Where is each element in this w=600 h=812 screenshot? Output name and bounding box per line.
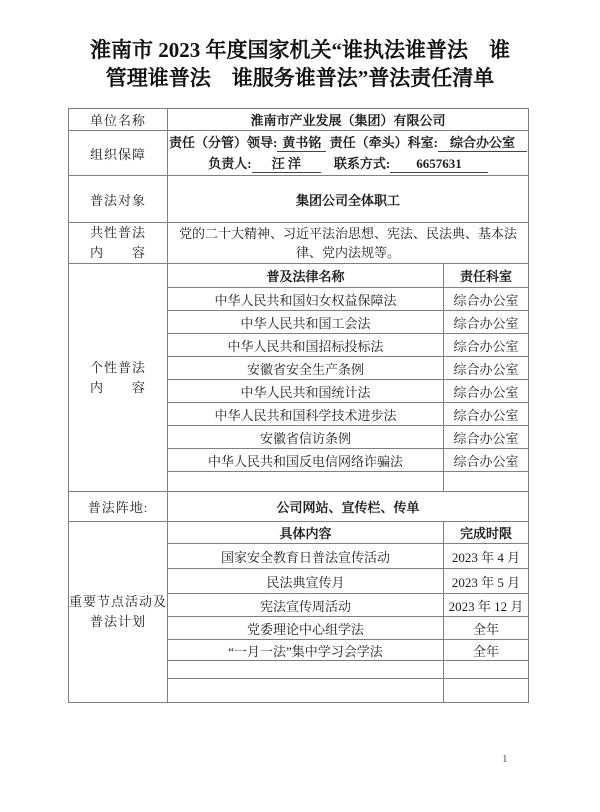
activity-time: 全年 <box>444 617 529 640</box>
title-line-1: 淮南市 2023 年度国家机关“谁执法谁普法 谁 <box>30 36 570 64</box>
personal-content-label: 个性普法 内 容 <box>69 264 168 492</box>
law-dept: 综合办公室 <box>444 334 529 357</box>
org-person-label: 负责人: <box>208 156 251 171</box>
law-name: 中华人民共和国招标投标法 <box>168 334 444 357</box>
activity-time <box>444 679 529 703</box>
activity-time: 全年 <box>444 640 529 661</box>
law-dept: 综合办公室 <box>444 357 529 380</box>
personal-label-line-2: 内 容 <box>69 378 167 398</box>
law-dept-header: 责任科室 <box>444 264 529 288</box>
row-unit-name: 单位名称 淮南市产业发展（集团）有限公司 <box>69 109 529 131</box>
activity-name <box>168 661 444 679</box>
org-contact-label: 联系方式: <box>334 156 390 171</box>
activity-time: 2023 年 5 月 <box>444 569 529 594</box>
title-line-2: 管理谁普法 谁服务谁普法”普法责任清单 <box>30 64 570 92</box>
common-content-value: 党的二十大精神、习近平法治思想、宪法、民法典、基本法律、党内法规等。 <box>168 223 529 264</box>
row-plan-header: 重要节点活动及 普法计划 具体内容 完成时限 <box>69 522 529 544</box>
law-name: 中华人民共和国妇女权益保障法 <box>168 288 444 311</box>
law-name <box>168 472 444 492</box>
org-line-1: 责任（分管）领导:黄书铭 责任（牵头）科室:综合办公室 <box>168 132 528 153</box>
main-table: 单位名称 淮南市产业发展（集团）有限公司 组织保障 责任（分管）领导:黄书铭 责… <box>68 108 529 703</box>
law-dept: 综合办公室 <box>444 449 529 472</box>
common-content-label: 共性普法 内 容 <box>69 223 168 264</box>
law-name: 中华人民共和国工会法 <box>168 311 444 334</box>
org-dept-value: 综合办公室 <box>438 135 527 152</box>
row-personal-header: 个性普法 内 容 普及法律名称 责任科室 <box>69 264 529 288</box>
law-name: 安徽省安全生产条例 <box>168 357 444 380</box>
activity-name: 民法典宣传月 <box>168 569 444 594</box>
activity-name: 宪法宣传周活动 <box>168 594 444 617</box>
law-dept: 综合办公室 <box>444 311 529 334</box>
activity-name-header: 具体内容 <box>168 522 444 544</box>
law-dept: 综合办公室 <box>444 403 529 426</box>
law-dept: 综合办公室 <box>444 426 529 449</box>
personal-label-line-1: 个性普法 <box>69 358 167 378</box>
org-leader-label: 责任（分管）领导: <box>169 135 277 150</box>
target-value: 集团公司全体职工 <box>168 176 529 223</box>
activity-time-header: 完成时限 <box>444 522 529 544</box>
activity-name: “一月一法”集中学习会学法 <box>168 640 444 661</box>
activity-time <box>444 661 529 679</box>
plan-label: 重要节点活动及 普法计划 <box>69 522 168 703</box>
position-label: 普法阵地: <box>69 492 168 522</box>
org-person-value: 汪 洋 <box>252 156 321 173</box>
org-contact-value: 6657631 <box>390 156 488 173</box>
law-name: 安徽省信访条例 <box>168 426 444 449</box>
activity-time: 2023 年 12 月 <box>444 594 529 617</box>
organization-label: 组织保障 <box>69 131 168 176</box>
page-title: 淮南市 2023 年度国家机关“谁执法谁普法 谁 管理谁普法 谁服务谁普法”普法… <box>30 36 570 92</box>
activity-name: 国家安全教育日普法宣传活动 <box>168 544 444 569</box>
unit-name-value: 淮南市产业发展（集团）有限公司 <box>168 109 529 131</box>
page-number: 1 <box>502 753 508 765</box>
law-name: 中华人民共和国统计法 <box>168 380 444 403</box>
row-common-content: 共性普法 内 容 党的二十大精神、习近平法治思想、宪法、民法典、基本法律、党内法… <box>69 223 529 264</box>
law-name-header: 普及法律名称 <box>168 264 444 288</box>
plan-label-line-2: 普法计划 <box>69 612 167 632</box>
unit-name-label: 单位名称 <box>69 109 168 131</box>
row-organization: 组织保障 责任（分管）领导:黄书铭 责任（牵头）科室:综合办公室 负责人:汪 洋… <box>69 131 529 176</box>
activity-name <box>168 679 444 703</box>
target-label: 普法对象 <box>69 176 168 223</box>
org-line-2: 负责人:汪 洋 联系方式:6657631 <box>168 153 528 174</box>
org-leader-value: 黄书铭 <box>277 135 326 152</box>
common-label-line-1: 共性普法 <box>69 223 167 243</box>
organization-details: 责任（分管）领导:黄书铭 责任（牵头）科室:综合办公室 负责人:汪 洋 联系方式… <box>168 131 529 176</box>
law-name: 中华人民共和国科学技术进步法 <box>168 403 444 426</box>
law-dept: 综合办公室 <box>444 380 529 403</box>
plan-label-line-1: 重要节点活动及 <box>69 592 167 612</box>
law-name: 中华人民共和国反电信网络诈骗法 <box>168 449 444 472</box>
law-dept: 综合办公室 <box>444 288 529 311</box>
law-dept <box>444 472 529 492</box>
document-page: 淮南市 2023 年度国家机关“谁执法谁普法 谁 管理谁普法 谁服务谁普法”普法… <box>0 0 600 812</box>
common-label-line-2: 内 容 <box>69 243 167 263</box>
activity-time: 2023 年 4 月 <box>444 544 529 569</box>
org-dept-label: 责任（牵头）科室: <box>330 135 438 150</box>
activity-name: 党委理论中心组学法 <box>168 617 444 640</box>
row-position: 普法阵地: 公司网站、宣传栏、传单 <box>69 492 529 522</box>
row-target: 普法对象 集团公司全体职工 <box>69 176 529 223</box>
position-value: 公司网站、宣传栏、传单 <box>168 492 529 522</box>
